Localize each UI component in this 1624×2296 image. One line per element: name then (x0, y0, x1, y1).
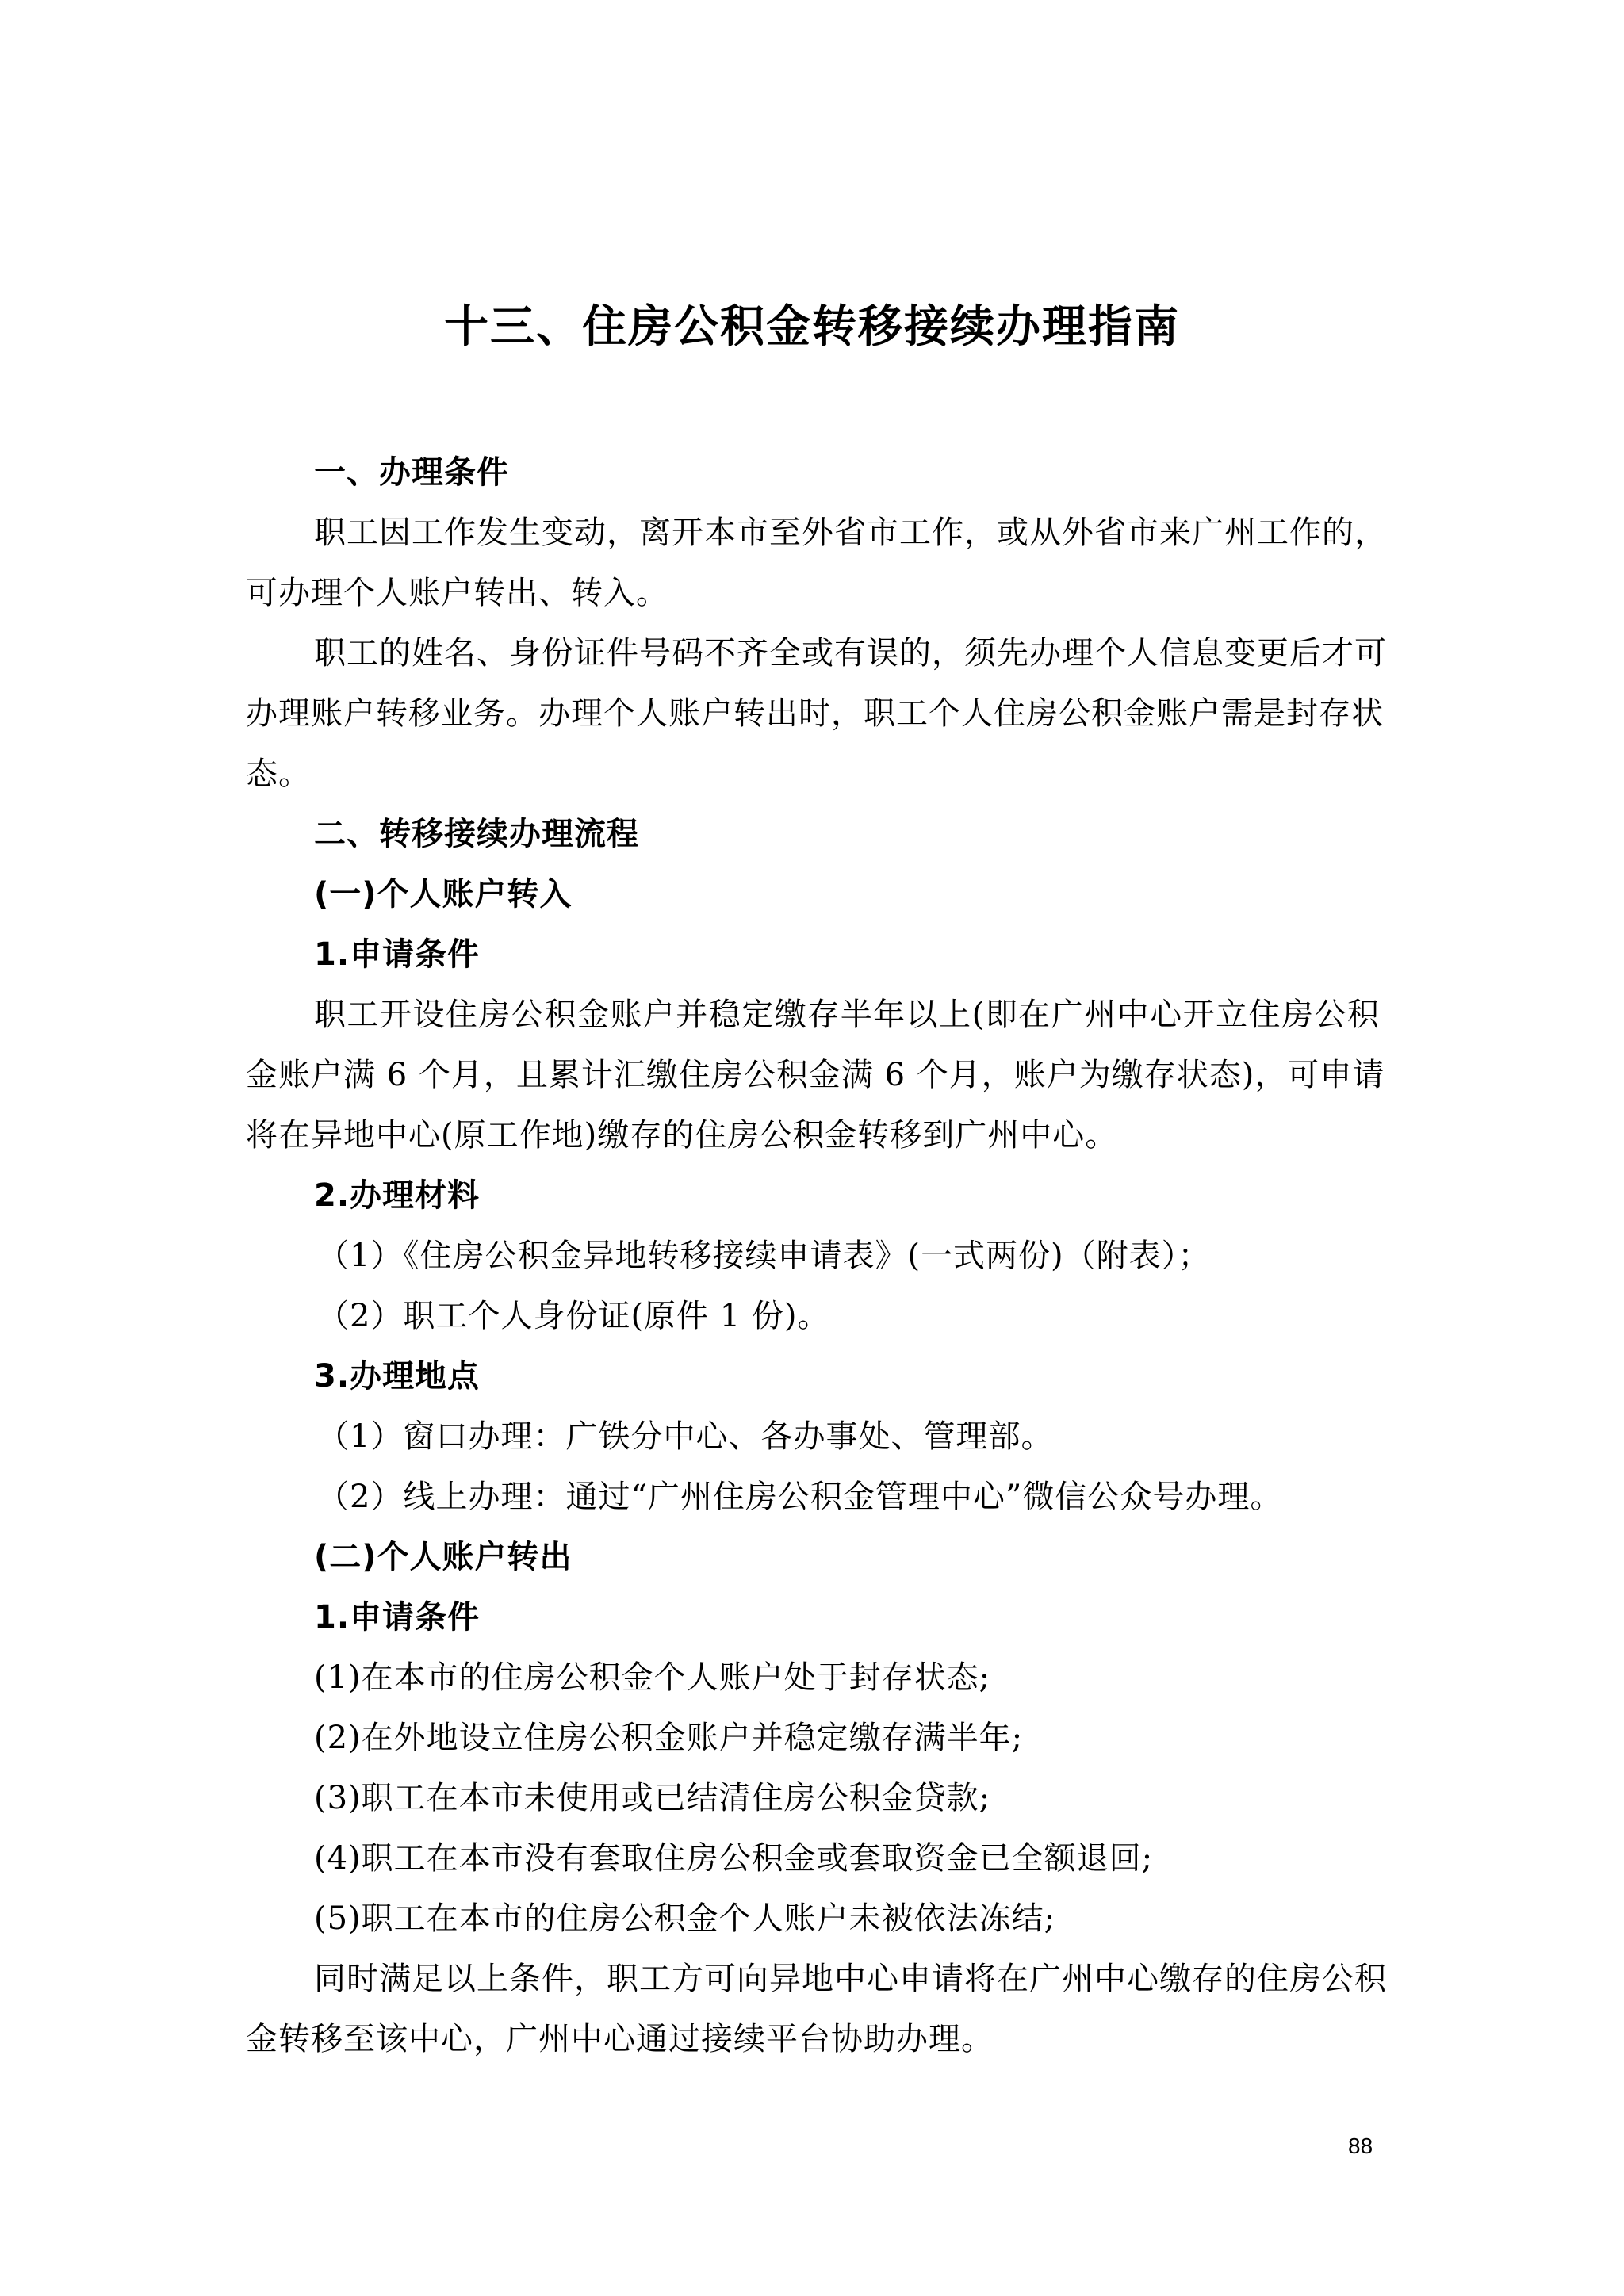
paragraph-line: 金账户满 6 个月，且累计汇缴住房公积金满 6 个月，账户为缴存状态)，可申请 (246, 1053, 1380, 1097)
paragraph-line: 金转移至该中心，广州中心通过接续平台协助办理。 (246, 2017, 1380, 2061)
item-heading-application-conditions: 1.申请条件 (314, 932, 1448, 977)
section-heading-conditions: 一、办理条件 (314, 450, 1448, 495)
list-item-location: （1）窗口办理：广铁分中心、各办事处、管理部。 (317, 1414, 1451, 1459)
item-heading-location: 3.办理地点 (314, 1354, 1448, 1399)
item-heading-application-conditions: 1.申请条件 (314, 1595, 1448, 1640)
document-page: 十三、住房公积金转移接续办理指南 一、办理条件 职工因工作发生变动，离开本市至外… (0, 0, 1624, 2296)
paragraph-line: 职工因工作发生变动，离开本市至外省市工作，或从外省市来广州工作的， (314, 511, 1380, 555)
paragraph-line: 态。 (246, 752, 1380, 796)
page-title: 十三、住房公积金转移接续办理指南 (0, 300, 1624, 355)
list-item-location: （2）线上办理：通过“广州住房公积金管理中心”微信公众号办理。 (317, 1475, 1451, 1519)
paragraph-line: 同时满足以上条件，职工方可向异地中心申请将在广州中心缴存的住房公积 (314, 1957, 1380, 2001)
page-number: 88 (1348, 2133, 1373, 2160)
paragraph-line: 职工开设住房公积金账户并稳定缴存半年以上(即在广州中心开立住房公积 (314, 993, 1380, 1037)
paragraph-line: 职工的姓名、身份证件号码不齐全或有误的，须先办理个人信息变更后才可 (314, 631, 1380, 675)
list-item-condition: (5)职工在本市的住房公积金个人账户未被依法冻结; (314, 1896, 1448, 1941)
list-item-material: （1）《住房公积金异地转移接续申请表》(一式两份)（附表）； (317, 1234, 1451, 1278)
list-item-condition: (4)职工在本市没有套取住房公积金或套取资金已全额退回; (314, 1836, 1448, 1881)
subsection-heading-transfer-in: (一)个人账户转入 (314, 872, 1448, 916)
subsection-heading-transfer-out: (二)个人账户转出 (314, 1535, 1448, 1579)
paragraph-line: 办理账户转移业务。办理个人账户转出时，职工个人住房公积金账户需是封存状 (246, 691, 1380, 736)
list-item-condition: (1)在本市的住房公积金个人账户处于封存状态; (314, 1655, 1448, 1700)
item-heading-materials: 2.办理材料 (314, 1173, 1448, 1218)
list-item-condition: (3)职工在本市未使用或已结清住房公积金贷款; (314, 1776, 1448, 1820)
list-item-material: （2）职工个人身份证(原件 1 份)。 (317, 1294, 1451, 1338)
paragraph-line: 将在异地中心(原工作地)缴存的住房公积金转移到广州中心。 (246, 1113, 1380, 1158)
paragraph-line: 可办理个人账户转出、转入。 (246, 571, 1380, 615)
section-heading-process: 二、转移接续办理流程 (314, 812, 1448, 856)
list-item-condition: (2)在外地设立住房公积金账户并稳定缴存满半年; (314, 1716, 1448, 1760)
